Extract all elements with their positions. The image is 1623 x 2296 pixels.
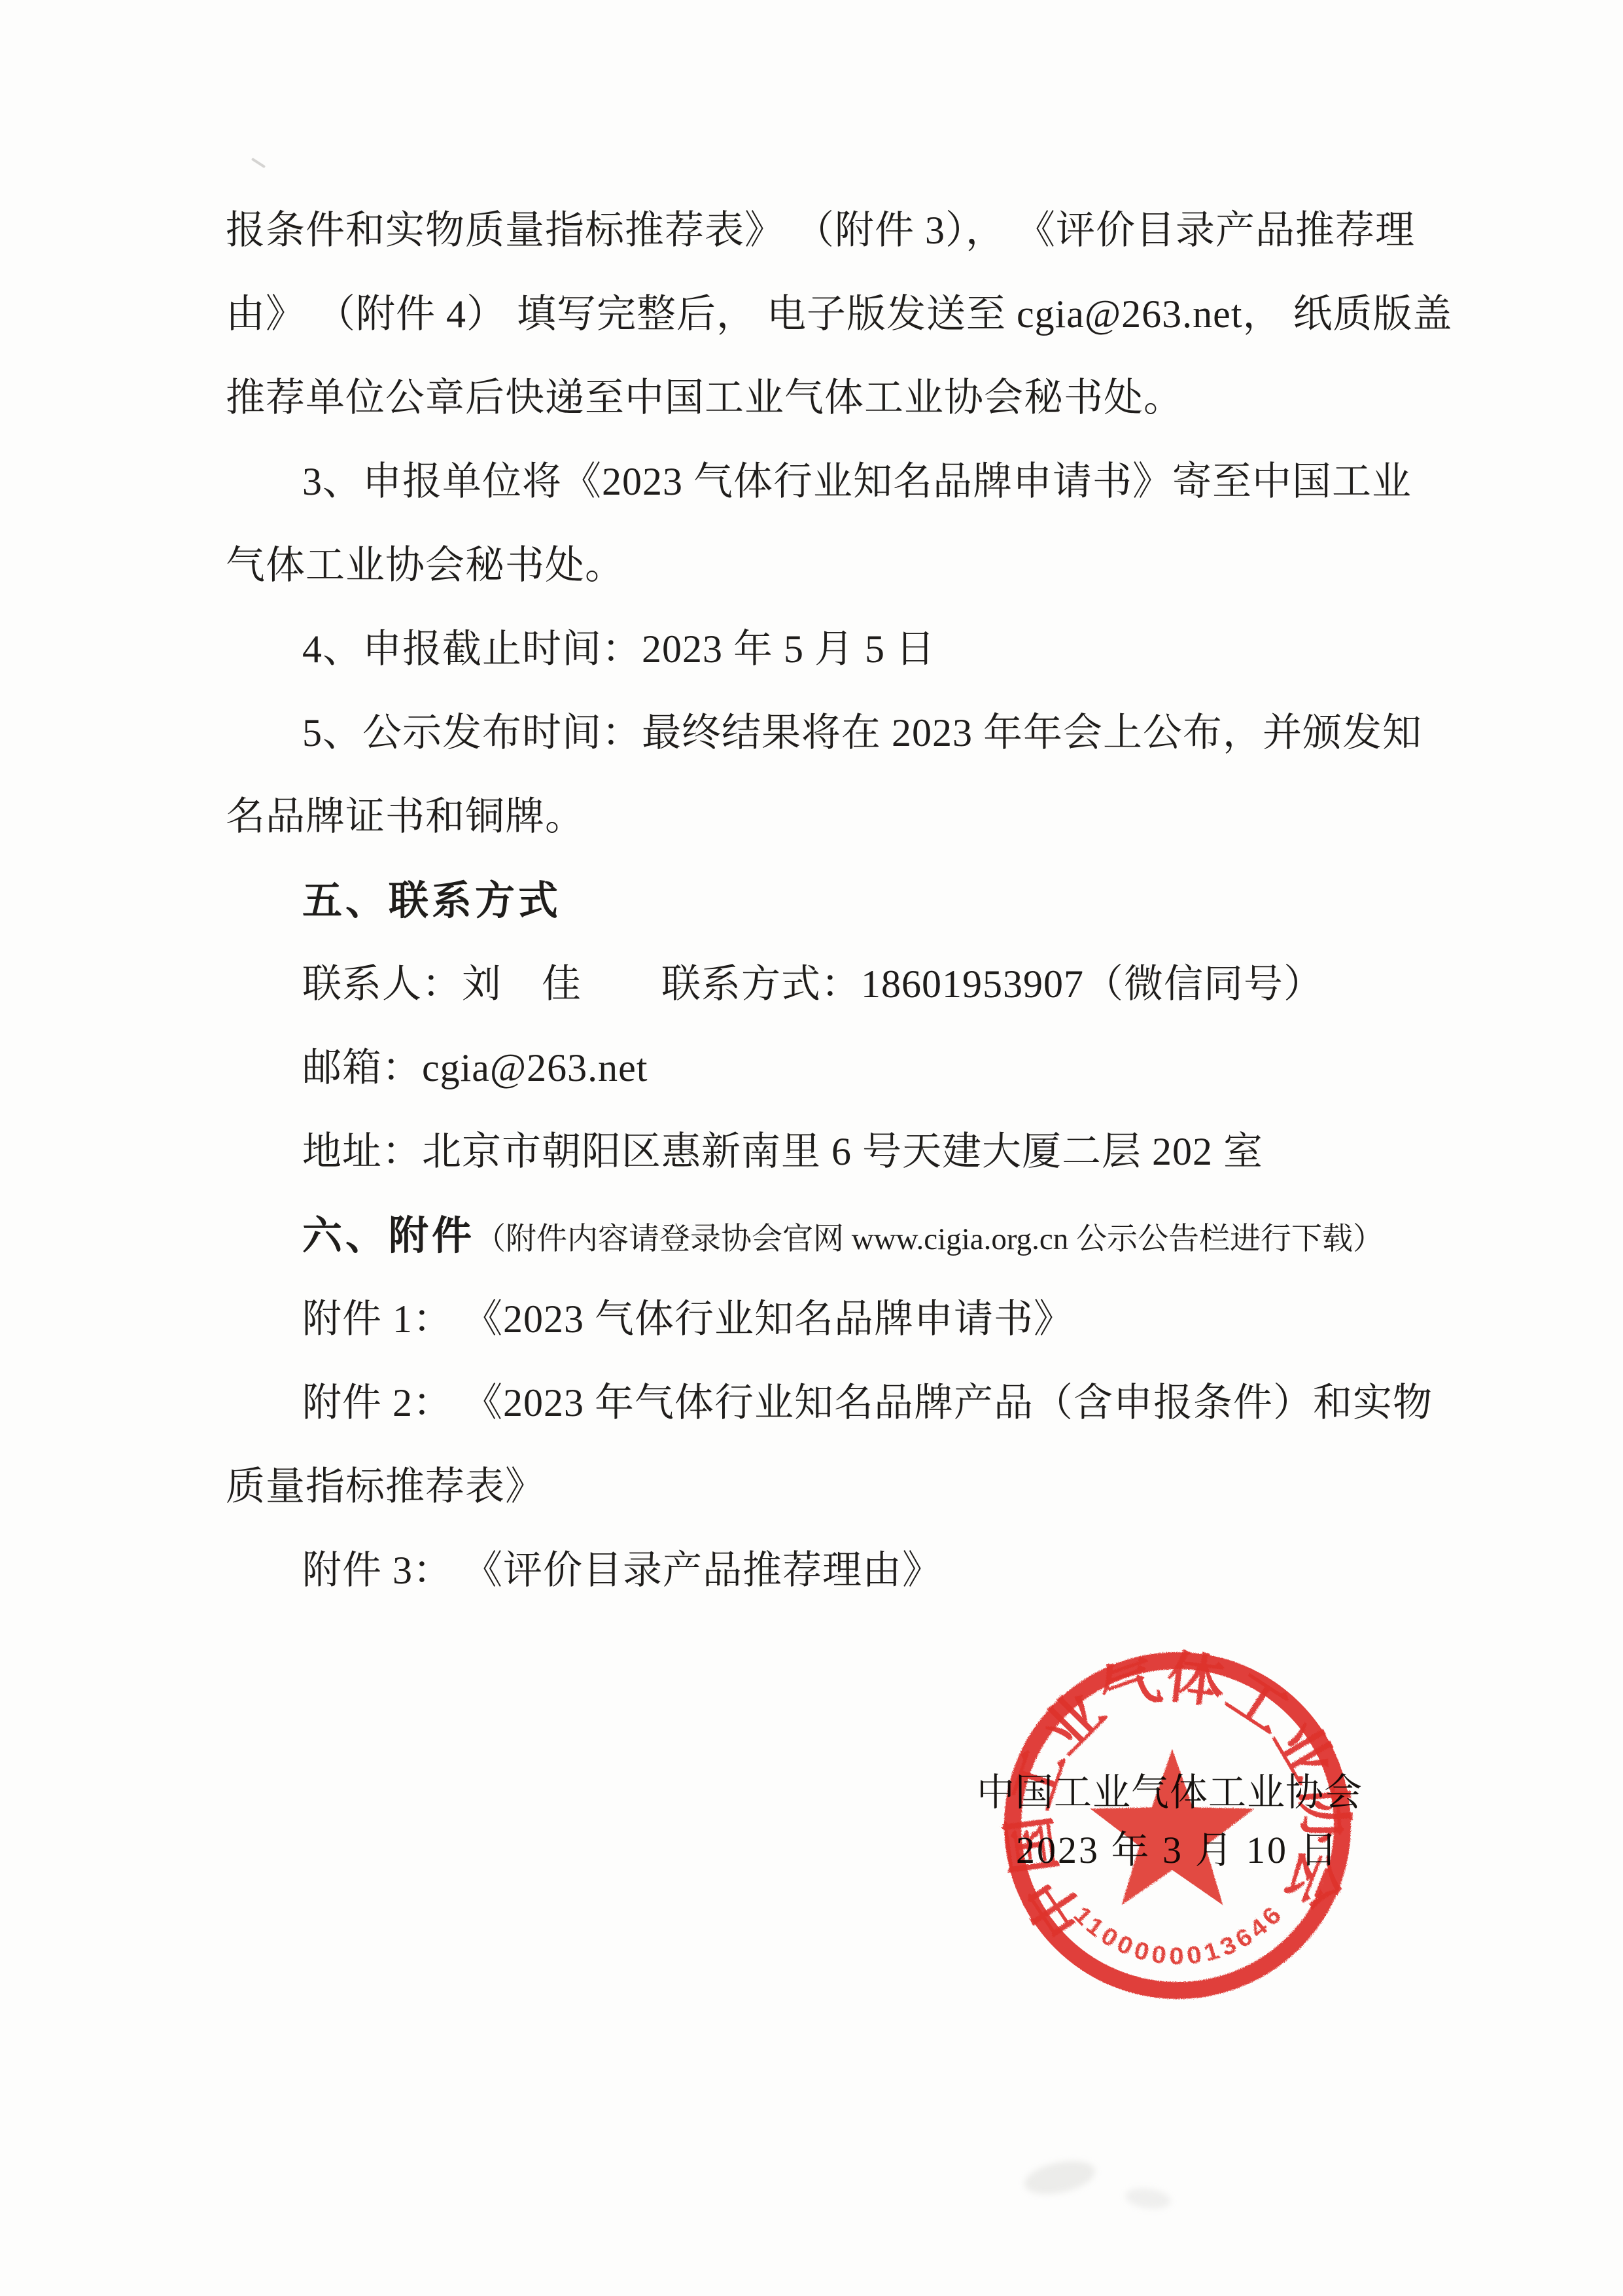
signature-date: 2023 年 3 月 10 日 (1016, 1829, 1340, 1871)
deadline-line: 4、申报截止时间：2023 年 5 月 5 日 (302, 627, 935, 671)
seal-serial-number: 1100000013646 (1068, 1899, 1289, 1969)
address-line: 地址：北京市朝阳区惠新南里 6 号天建大厦二层 202 室 (302, 1129, 1263, 1174)
section-5-heading: 五、联系方式 (302, 878, 561, 923)
scan-smudge-dash (251, 158, 266, 168)
attachment-1-line: 附件 1： 《2023 气体行业知名品牌申请书》 (302, 1297, 1073, 1341)
signature-org: 中国工业气体工业协会 (977, 1772, 1363, 1814)
text-line-03: 推荐单位公章后快递至中国工业气体工业协会秘书处。 (226, 376, 1183, 420)
section-6-heading: 六、附件 (302, 1213, 475, 1258)
document-page: 报条件和实物质量指标推荐表》 （附件 3）， 《评价目录产品推荐理 由》 （附件… (0, 0, 1623, 2296)
section-6-heading-line: 六、附件（附件内容请登录协会官网 www.cigia.org.cn 公示公告栏进… (302, 1213, 1384, 1262)
text-line-05: 气体工业协会秘书处。 (226, 543, 625, 588)
text-line-04: 3、申报单位将《2023 气体行业知名品牌申请书》寄至中国工业 (302, 459, 1412, 504)
section-6-note: （附件内容请登录协会官网 www.cigia.org.cn 公示公告栏进行下载） (475, 1222, 1384, 1256)
scan-smudge-2 (1124, 2185, 1172, 2211)
text-line-01: 报条件和实物质量指标推荐表》 （附件 3）， 《评价目录产品推荐理 (226, 208, 1415, 253)
attachment-2-line: 附件 2： 《2023 年气体行业知名品牌产品（含申报条件）和实物 (302, 1381, 1433, 1425)
text-line-08: 名品牌证书和铜牌。 (226, 794, 585, 839)
contact-person-line: 联系人：刘 佳 联系方式：18601953907（微信同号） (302, 962, 1323, 1006)
attachment-2-continuation-line: 质量指标推荐表》 (226, 1464, 545, 1509)
attachment-3-line: 附件 3： 《评价目录产品推荐理由》 (302, 1548, 942, 1593)
text-line-07: 5、公示发布时间：最终结果将在 2023 年年会上公布，并颁发知 (302, 711, 1422, 755)
email-line: 邮箱：cgia@263.net (302, 1046, 648, 1090)
official-seal: 中国工业气体工业协会 1100000013646 (994, 1639, 1361, 2005)
text-line-02: 由》 （附件 4） 填写完整后， 电子版发送至 cgia@263.net， 纸质… (226, 292, 1453, 336)
scan-smudge-1 (1021, 2155, 1098, 2200)
